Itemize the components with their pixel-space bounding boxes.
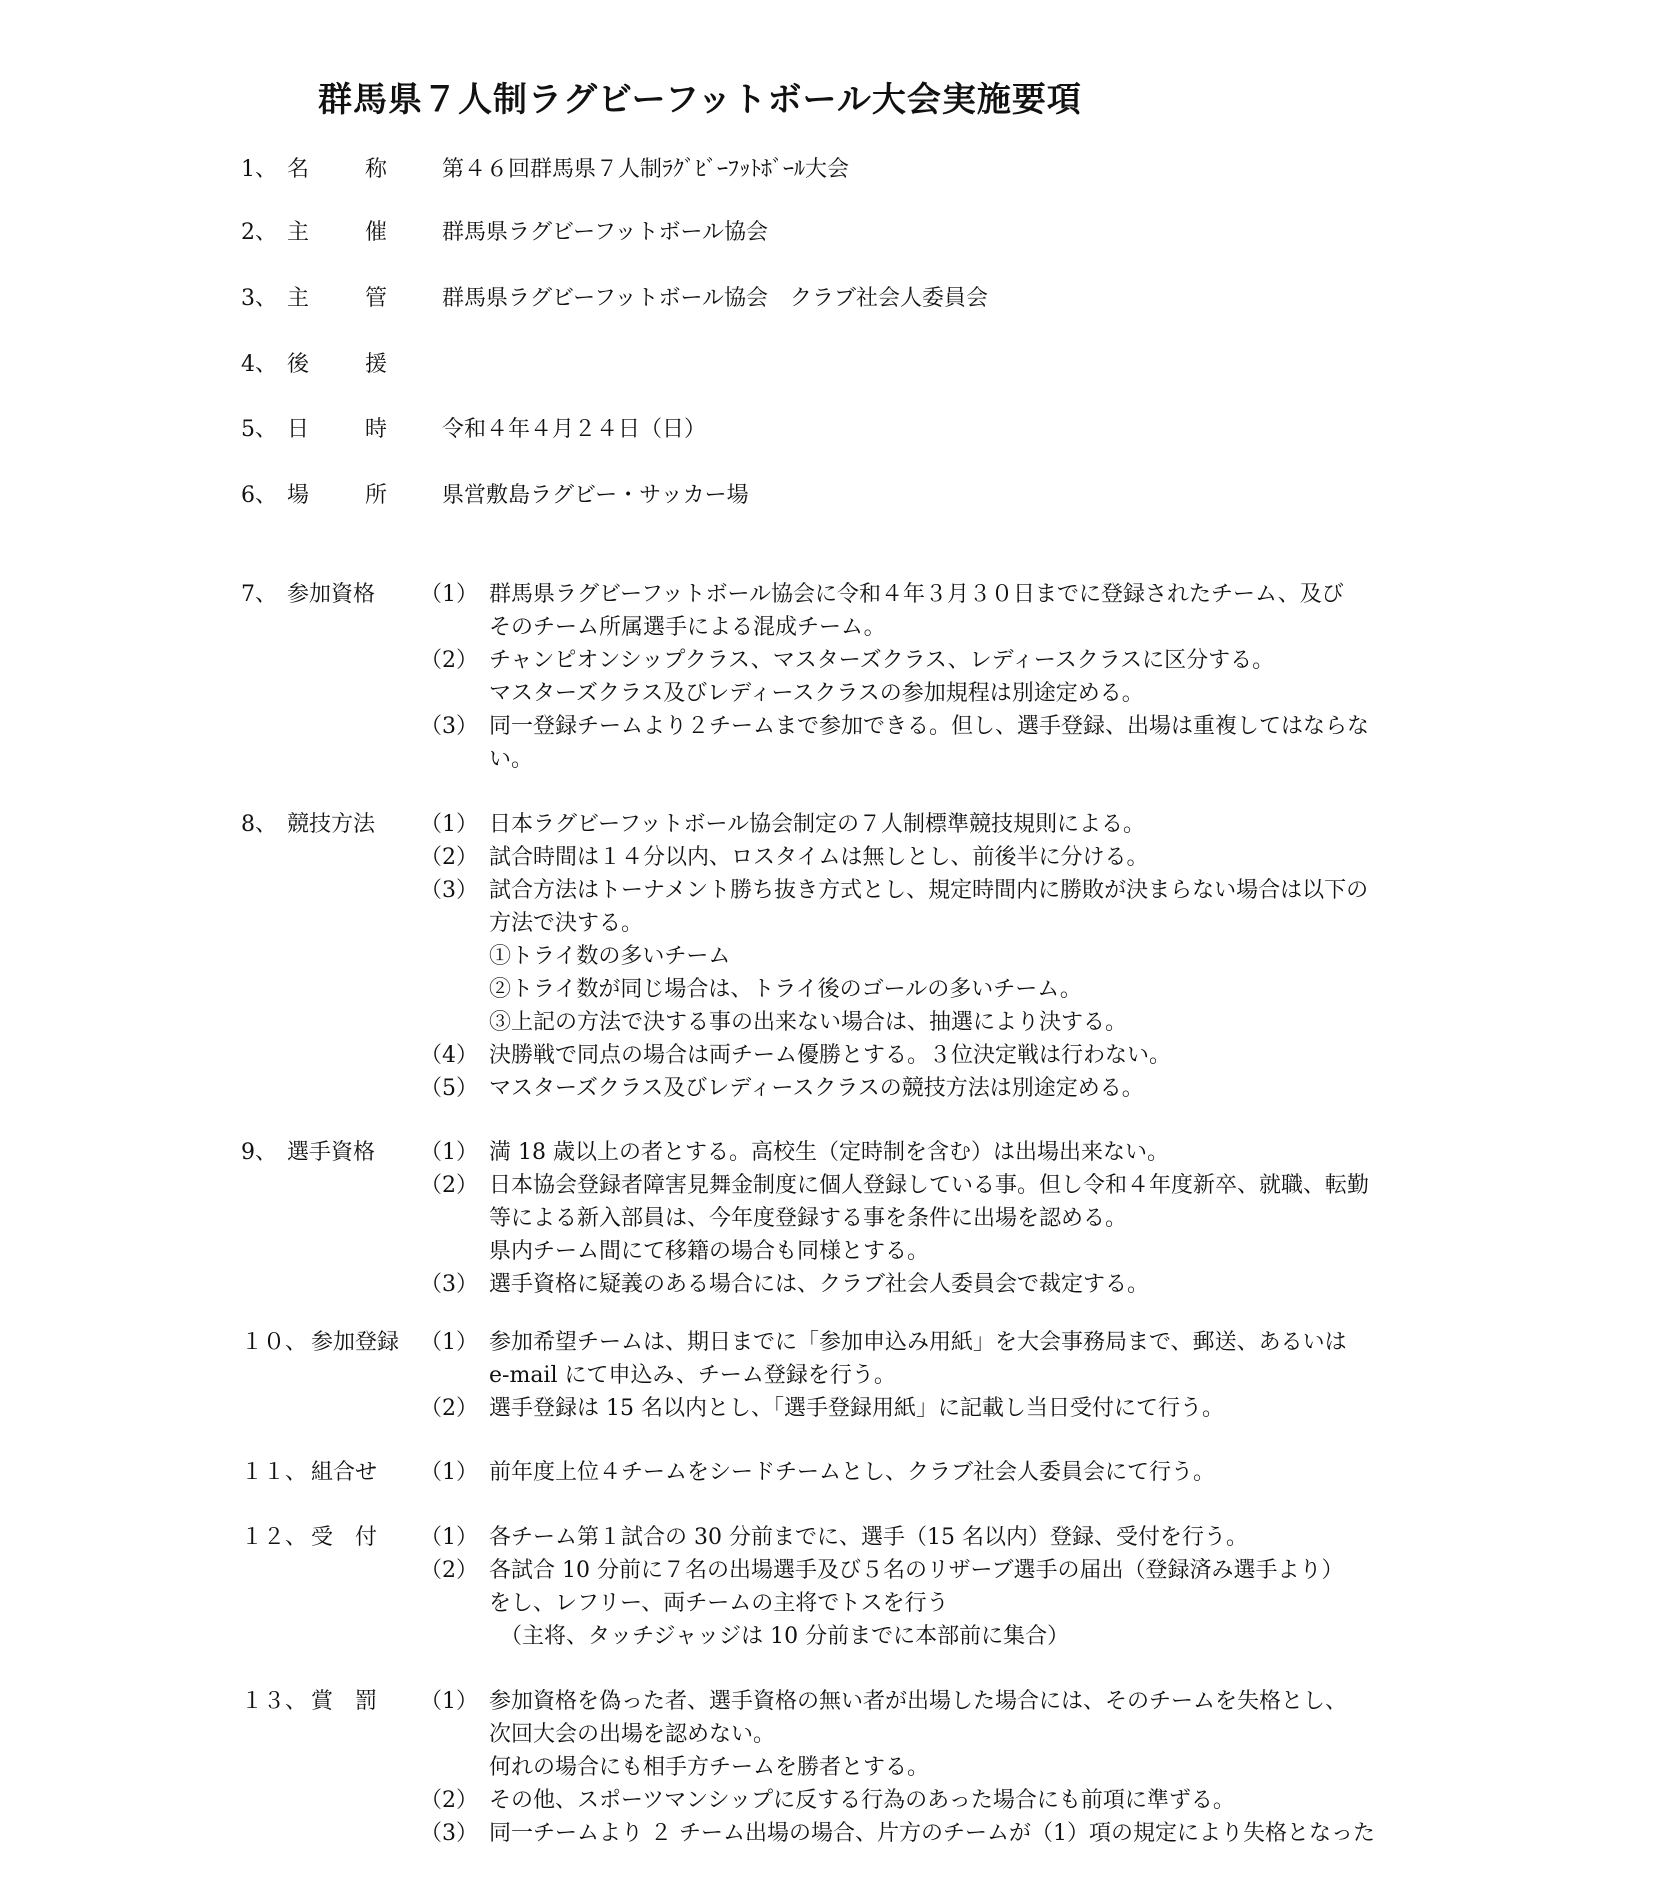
clause-text: 県内チーム間にて移籍の場合も同様とする。 [489,1235,929,1268]
clause-text: 各試合 10 分前に７名の出場選手及び５名のリザーブ選手の届出（登録済み選手より… [489,1554,1343,1587]
clause-text: 前年度上位４チームをシードチームとし、クラブ社会人委員会にて行う。 [489,1456,1215,1489]
item-label-part: 管 [365,282,387,315]
item-number: 6、 [241,479,277,512]
item-number: 2、 [241,216,277,249]
section-label: 参加登録 [311,1326,399,1359]
clause-text: マスターズクラス及びレディースクラスの参加規程は別途定める。 [489,677,1144,710]
item-label-part: 催 [365,216,387,249]
clause-text: 群馬県ラグビーフットボール協会に令和４年３月３０日までに登録されたチーム、及び [489,578,1344,611]
item-label-part: 称 [365,153,387,186]
clause-text: い。 [489,743,533,776]
item-number: 4、 [241,348,277,381]
clause-text: （主将、タッチジャッジは 10 分前までに本部前に集合） [500,1620,1069,1653]
clause-text: ③上記の方法で決する事の出来ない場合は、抽選により決する。 [489,1006,1127,1039]
section-number: １１、 [241,1456,307,1489]
clause-index: （5） [420,1072,478,1105]
item-value: 第４６回群馬県７人制ﾗｸﾞﾋﾞｰﾌｯﾄﾎﾞｰﾙ大会 [442,153,849,186]
item-label-part: 時 [365,413,387,446]
clause-text: その他、スポーツマンシップに反する行為のあった場合にも前項に準ずる。 [489,1784,1235,1817]
clause-text: をし、レフリー、両チームの主将でトスを行う [489,1587,949,1620]
clause-text: マスターズクラス及びレディースクラスの競技方法は別途定める。 [489,1072,1144,1105]
clause-text: 試合方法はトーナメント勝ち抜き方式とし、規定時間内に勝敗が決まらない場合は以下の [489,874,1368,907]
clause-text: 方法で決する。 [489,907,643,940]
clause-index: （1） [420,1136,478,1169]
clause-text: 同一チームより ２ チーム出場の場合、片方のチームが（1）項の規定により失格とな… [489,1817,1375,1850]
clause-index: （1） [420,1456,478,1489]
clause-text: 各チーム第１試合の 30 分前までに、選手（15 名以内）登録、受付を行う。 [489,1521,1248,1554]
item-value: 県営敷島ラグビー・サッカー場 [442,479,749,512]
clause-text: 同一登録チームより２チームまで参加できる。但し、選手登録、出場は重複してはならな [489,710,1369,743]
section-label: 参加資格 [287,578,375,611]
clause-index: （2） [420,841,478,874]
clause-index: （2） [420,1169,478,1202]
clause-text: 何れの場合にも相手方チームを勝者とする。 [489,1751,929,1784]
clause-index: （3） [420,874,478,907]
item-label-part: 名 [287,153,309,186]
clause-index: （1） [420,1685,478,1718]
item-number: 3、 [241,282,277,315]
clause-text: チャンピオンシップクラス、マスターズクラス、レディースクラスに区分する。 [489,644,1274,677]
clause-index: （3） [420,1268,478,1301]
clause-index: （1） [420,1326,478,1359]
clause-index: （3） [420,710,478,743]
clause-text: 参加資格を偽った者、選手資格の無い者が出場した場合には、そのチームを失格とし、 [489,1685,1347,1718]
section-number: 8、 [241,808,277,841]
item-label-part: 援 [365,348,387,381]
clause-index: （2） [420,1392,478,1425]
clause-index: （3） [420,1817,478,1850]
section-number: 9、 [241,1136,277,1169]
document-page: 群馬県７人制ラグビーフットボール大会実施要項 1、 名 称 第４６回群馬県７人制… [0,0,1654,1900]
item-label-part: 後 [287,348,309,381]
section-number: １３、 [241,1685,307,1718]
clause-text: 選手資格に疑義のある場合には、クラブ社会人委員会で裁定する。 [489,1268,1149,1301]
clause-index: （4） [420,1039,478,1072]
item-label-part: 日 [287,413,309,446]
clause-text: 選手登録は 15 名以内とし、「選手登録用紙」に記載し当日受付にて行う。 [489,1392,1224,1425]
clause-text: 参加希望チームは、期日までに「参加申込み用紙」を大会事務局まで、郵送、あるいは [489,1326,1347,1359]
clause-text: そのチーム所属選手による混成チーム。 [489,611,886,644]
section-label: 受 付 [311,1521,377,1554]
item-label-part: 場 [287,479,309,512]
clause-text: 満 18 歳以上の者とする。高校生（定時制を含む）は出場出来ない。 [489,1136,1169,1169]
section-label: 組合せ [311,1456,377,1489]
clause-text: 次回大会の出場を認めない。 [489,1718,775,1751]
clause-index: （2） [420,1554,478,1587]
item-label-part: 所 [365,479,387,512]
clause-index: （2） [420,1784,478,1817]
item-label-part: 主 [287,282,309,315]
clause-text: ②トライ数が同じ場合は、トライ後のゴールの多いチーム。 [489,973,1082,1006]
clause-text: 日本ラグビーフットボール協会制定の７人制標準競技規則による。 [489,808,1145,841]
clause-text: 試合時間は１４分以内、ロスタイムは無しとし、前後半に分ける。 [489,841,1149,874]
item-label-part: 主 [287,216,309,249]
clause-text: 日本協会登録者障害見舞金制度に個人登録している事。但し令和４年度新卒、就職、転勤 [489,1169,1369,1202]
item-value: 令和４年４月２４日（日） [442,413,706,446]
clause-text: 決勝戦で同点の場合は両チーム優勝とする。３位決定戦は行わない。 [489,1039,1171,1072]
clause-index: （1） [420,808,478,841]
clause-text: ①トライ数の多いチーム [489,940,730,973]
clause-index: （1） [420,578,478,611]
section-label: 競技方法 [287,808,375,841]
section-label: 選手資格 [287,1136,375,1169]
section-number: 7、 [241,578,277,611]
document-title: 群馬県７人制ラグビーフットボール大会実施要項 [318,72,1082,121]
section-label: 賞 罰 [311,1685,377,1718]
item-value: 群馬県ラグビーフットボール協会 [442,216,768,249]
section-number: １２、 [241,1521,307,1554]
clause-index: （2） [420,644,478,677]
section-number: １０、 [241,1326,307,1359]
item-value: 群馬県ラグビーフットボール協会 クラブ社会人委員会 [442,282,988,315]
clause-index: （1） [420,1521,478,1554]
item-number: 5、 [241,413,277,446]
clause-text: 等による新入部員は、今年度登録する事を条件に出場を認める。 [489,1202,1127,1235]
item-number: 1、 [241,153,277,186]
clause-text: e-mail にて申込み、チーム登録を行う。 [489,1359,896,1392]
